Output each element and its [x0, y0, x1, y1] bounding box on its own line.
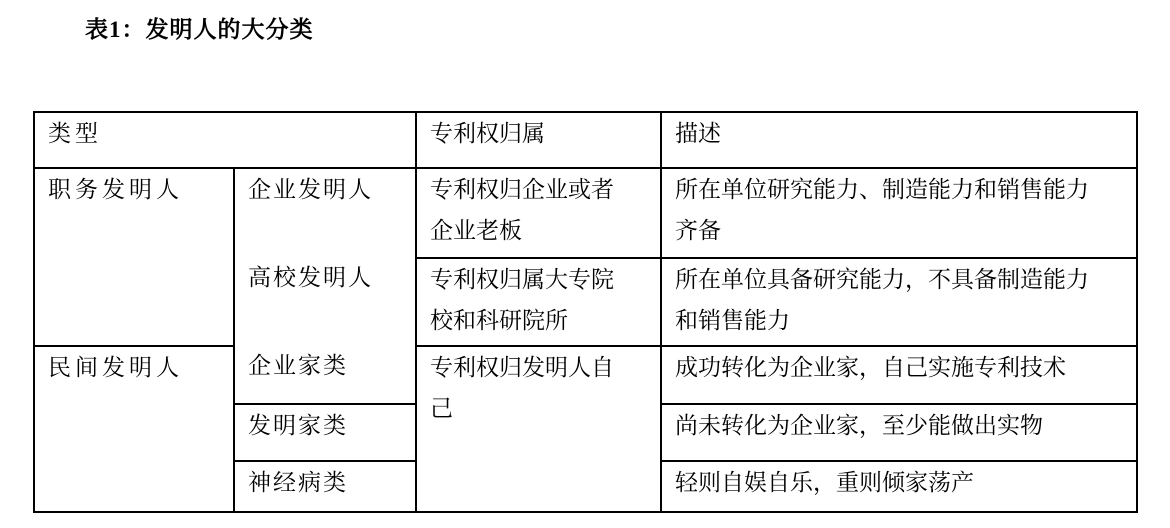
cell-subtype-merged: 企业发明人 高校发明人 企业家类 [233, 167, 415, 403]
cell-desc-enterprise: 所在单位研究能力、制造能力和销售能力齐备 [660, 167, 1136, 257]
cell-neuropath-class: 神经病类 [233, 460, 415, 511]
cell-duty-inventor: 职务发明人 [35, 167, 233, 345]
classification-table: 类型 专利权归属 描述 职务发明人 民间发明人 企业发明人 高校发明人 企业家类… [33, 111, 1138, 513]
cell-desc-entrepreneur: 成功转化为企业家，自己实施专利技术 [660, 345, 1136, 403]
cell-desc-inventor: 尚未转化为企业家，至少能做出实物 [660, 403, 1136, 460]
cell-civilian-inventor: 民间发明人 [35, 345, 233, 511]
cell-ownership-enterprise: 专利权归企业或者企业老板 [415, 167, 660, 257]
college-inventor-label: 高校发明人 [248, 257, 373, 298]
header-cell-ownership: 专利权归属 [415, 113, 660, 167]
header-cell-description: 描述 [660, 113, 1136, 167]
cell-inventor-class: 发明家类 [233, 403, 415, 460]
cell-desc-college: 所在单位具备研究能力，不具备制造能力和销售能力 [660, 257, 1136, 345]
cell-ownership-college: 专利权归属大专院校和科研院所 [415, 257, 660, 345]
enterprise-inventor-label: 企业发明人 [248, 169, 373, 210]
cell-ownership-self: 专利权归发明人自己 [415, 345, 660, 511]
entrepreneur-class-label: 企业家类 [248, 345, 348, 386]
cell-desc-neuropath: 轻则自娱自乐，重则倾家荡产 [660, 460, 1136, 511]
header-cell-type: 类型 [35, 113, 415, 167]
table-caption: 表1：发明人的大分类 [85, 15, 314, 45]
